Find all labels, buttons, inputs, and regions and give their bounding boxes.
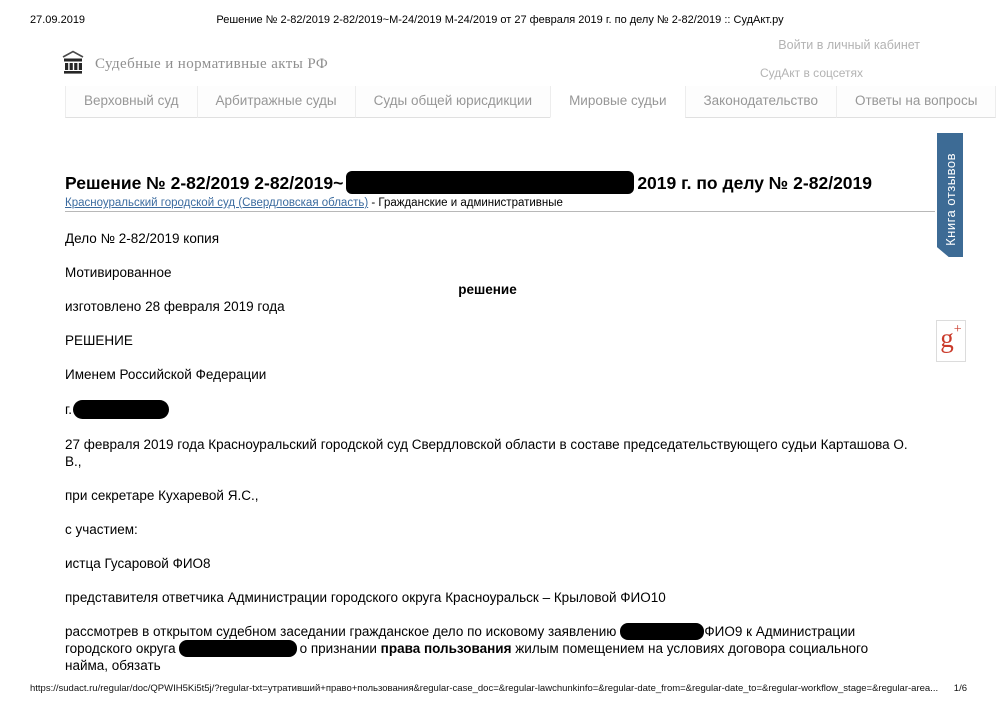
- doc-title: Решение № 2-82/2019 2-82/2019~2019 г. по…: [65, 171, 935, 194]
- title-redaction-bar: [346, 171, 634, 194]
- nav-tab-legislation[interactable]: Законодательство: [685, 86, 836, 118]
- login-link[interactable]: Войти в личный кабинет: [778, 38, 920, 52]
- plaintiff-redaction-bar: [620, 623, 704, 640]
- motivated-decision-block: Мотивированное решение изготовлено 28 фе…: [65, 264, 910, 315]
- logo-text: Судебные и нормативные акты РФ: [95, 56, 328, 73]
- feedback-ribbon-label: Книга отзывов: [943, 145, 958, 246]
- city-line: г.: [65, 400, 910, 419]
- main-nav: Верховный суд Арбитражные суды Суды обще…: [65, 86, 996, 118]
- page: { "print_header": { "date": "27.09.2019"…: [0, 0, 1000, 707]
- in-the-name-line: Именем Российской Федерации: [65, 366, 910, 383]
- city-redaction-bar: [73, 400, 169, 419]
- court-link[interactable]: Красноуральский городской суд (Свердловс…: [65, 197, 368, 209]
- print-title: Решение № 2-82/2019 2-82/2019~М-24/2019 …: [0, 14, 1000, 26]
- nav-tab-qa[interactable]: Ответы на вопросы: [836, 86, 996, 118]
- decision-heading: РЕШЕНИЕ: [65, 332, 910, 349]
- site-logo[interactable]: Судебные и нормативные акты РФ: [60, 50, 328, 79]
- google-plus-button[interactable]: g+: [936, 320, 966, 362]
- nav-tab-arbitration-courts[interactable]: Арбитражные суды: [197, 86, 355, 118]
- plaintiff-line: истца Гусаровой ФИО8: [65, 555, 910, 572]
- decision-word: решение: [65, 281, 910, 298]
- court-composition-line: 27 февраля 2019 года Красноуральский гор…: [65, 436, 910, 470]
- socials-label: СудАкт в соцсетях: [760, 66, 863, 80]
- courthouse-icon: [60, 50, 86, 79]
- page-number: 1/6: [954, 683, 967, 694]
- nav-tab-general-jurisdiction[interactable]: Суды общей юрисдикции: [355, 86, 550, 118]
- district-redaction-bar: [179, 640, 297, 657]
- case-number-line: Дело № 2-82/2019 копия: [65, 230, 910, 247]
- nav-tab-supreme-court[interactable]: Верховный суд: [65, 86, 197, 118]
- google-plus-icon: g: [940, 321, 954, 355]
- case-category: - Гражданские и административные: [371, 197, 563, 209]
- feedback-ribbon-button[interactable]: Книга отзывов: [937, 133, 963, 257]
- secretary-line: при секретаре Кухаревой Я.С.,: [65, 487, 910, 504]
- doc-subline: Красноуральский городской суд (Свердловс…: [65, 197, 563, 209]
- nav-tab-magistrates[interactable]: Мировые судьи: [550, 86, 684, 118]
- defendant-rep-line: представителя ответчика Администрации го…: [65, 589, 910, 606]
- case-review-paragraph: рассмотрев в открытом судебном заседании…: [65, 623, 910, 674]
- doc-body: Дело № 2-82/2019 копия Мотивированное ре…: [65, 230, 910, 691]
- participation-line: с участием:: [65, 521, 910, 538]
- page-url: https://sudact.ru/regular/doc/QPWIH5Ki5t…: [30, 683, 938, 694]
- content-divider: [65, 211, 935, 212]
- highlighted-search-term: права пользования: [381, 641, 512, 656]
